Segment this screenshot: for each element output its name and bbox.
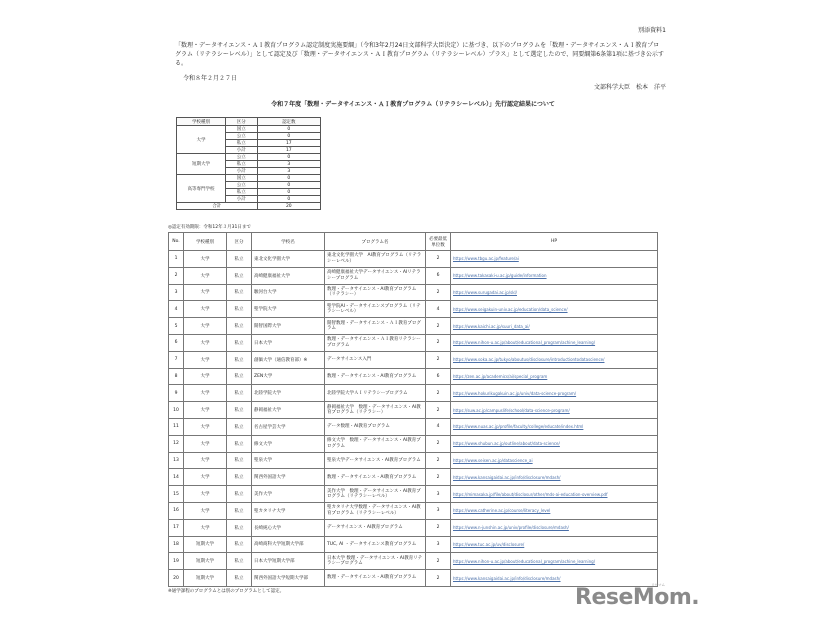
count-cell: 0 — [257, 196, 320, 203]
min-credits: 2 — [426, 452, 451, 469]
row-number: 4 — [169, 301, 184, 318]
min-credits: 2 — [426, 351, 451, 368]
school-name: ZEN大学 — [252, 368, 325, 385]
summary-row: 高等専門学校国立0 — [177, 175, 321, 182]
program-name: 数理・データサイエンス・ＡＩ教育リテラシープログラム — [325, 334, 426, 351]
table-row: 9大学私立北陸学院大学北陸学院大学ＡＩリテラシープログラム2https://ww… — [169, 385, 658, 402]
school-name: 長崎純心大学 — [252, 519, 325, 536]
header-division: 区分 — [227, 233, 252, 251]
total-value: 20 — [257, 203, 320, 210]
table-row: 5大学私立開智国際大学開智数理・データサイエンス・ＡＩ教育プログラム2https… — [169, 318, 658, 335]
hp-link[interactable]: https://www.nuas.ac.jp/profile/faculty/c… — [451, 418, 658, 435]
table-row: 15大学私立美作大学美作大学 数理・データサイエンス・AI教育プログラム（リテラ… — [169, 486, 658, 503]
count-cell: 17 — [257, 147, 320, 154]
school-name: 修文大学 — [252, 435, 325, 452]
hp-link[interactable]: https://www.kaichi.ac.jp/suuri_data_ai/ — [451, 318, 658, 335]
school-name: 東北文化学園大学 — [252, 251, 325, 268]
school-type: 大学 — [184, 351, 227, 368]
school-name: 高崎健康福祉大学 — [252, 267, 325, 284]
table-row: 17大学私立長崎純心大学データサイエンス・AI教育プログラム2https://w… — [169, 519, 658, 536]
table-row: 11大学私立名古屋学芸大学データ数理・AI教育プログラム4https://www… — [169, 418, 658, 435]
table-row: 10大学私立静岡福祉大学静岡福祉大学 数理・データサイエンス・AI教育プログラム… — [169, 402, 658, 419]
school-type: 大学 — [184, 435, 227, 452]
header-program: プログラム名 — [325, 233, 426, 251]
program-name: 日本大学 数理・データサイエンス・AI教育リテラシープログラム — [325, 553, 426, 570]
division-cell: 公立 — [225, 154, 257, 161]
division-cell: 私立 — [225, 161, 257, 168]
program-name: 数理・データサイエンス・AI教育プログラム — [325, 368, 426, 385]
min-credits: 2 — [426, 284, 451, 301]
row-number: 16 — [169, 502, 184, 519]
program-name: 東北文化学園大学 AI教育プログラム（リテラシーレベル） — [325, 251, 426, 268]
program-name: 聖カタリナ大学数理・データサイエンス・AI教育プログラム（リテラシーレベル） — [325, 502, 426, 519]
program-name: 高崎健康福祉大学データサイエンス・AIリテラシープログラム — [325, 267, 426, 284]
table-row: 7大学私立創価大学（通信教育部）※データサイエンス入門2https://www.… — [169, 351, 658, 368]
min-credits: 3 — [426, 536, 451, 553]
division: 私立 — [227, 536, 252, 553]
min-credits: 3 — [426, 486, 451, 503]
division: 私立 — [227, 418, 252, 435]
school-name: 高崎商科大学短期大学部 — [252, 536, 325, 553]
school-name: 聖泉大学 — [252, 452, 325, 469]
division: 私立 — [227, 351, 252, 368]
division: 私立 — [227, 368, 252, 385]
intro-paragraph: 「数理・データサイエンス・ＡＩ教育プログラム認定制度実施要綱」（令和3年2月24… — [175, 41, 665, 68]
hp-link[interactable]: https://www.n-junshin.ac.jp/univ/profile… — [451, 519, 658, 536]
validity-note: ◎認定有効期限：令和12年３月31日まで — [168, 224, 251, 230]
program-name: TUC, AI ・データサイエンス教育プログラム — [325, 536, 426, 553]
count-cell: 0 — [257, 133, 320, 140]
program-name: 美作大学 数理・データサイエンス・AI教育プログラム（リテラシーレベル） — [325, 486, 426, 503]
row-number: 1 — [169, 251, 184, 268]
hp-link[interactable]: https://www.catherine.ac.jp/course/liter… — [451, 502, 658, 519]
division: 私立 — [227, 486, 252, 503]
school-type-cell: 大学 — [177, 126, 226, 154]
school-name: 名古屋学芸大学 — [252, 418, 325, 435]
hp-link[interactable]: https://www.shubun.ac.jp/outline/about/d… — [451, 435, 658, 452]
program-name: データ数理・AI教育プログラム — [325, 418, 426, 435]
table-row: 4大学私立聖学院大学聖学院AI・データサイエンスプログラム（リテラシーレベル）4… — [169, 301, 658, 318]
hp-link[interactable]: https://www.seigakuin-univ.ac.jp/educati… — [451, 301, 658, 318]
school-type: 大学 — [184, 385, 227, 402]
school-type-cell: 高等専門学校 — [177, 175, 226, 203]
min-credits: 2 — [426, 553, 451, 570]
hp-link[interactable]: https://www.surugadai.ac.jp/skl/ — [451, 284, 658, 301]
total-label: 合計 — [177, 203, 258, 210]
school-type: 大学 — [184, 452, 227, 469]
school-name: 聖学院大学 — [252, 301, 325, 318]
row-number: 12 — [169, 435, 184, 452]
school-type: 大学 — [184, 334, 227, 351]
table-row: 14大学私立関西外国語大学数理・データサイエンス・AI教育プログラム2https… — [169, 469, 658, 486]
school-type-cell: 短期大学 — [177, 154, 226, 175]
division-cell: 小計 — [225, 196, 257, 203]
table-row: 12大学私立修文大学修文大学 数理・データサイエンス・AI教育プログラム2htt… — [169, 435, 658, 452]
table-header-row: No. 学校種別 区分 学校名 プログラム名 必要最低単位数 HP — [169, 233, 658, 251]
school-type: 大学 — [184, 318, 227, 335]
min-credits: 4 — [426, 418, 451, 435]
programs-table: No. 学校種別 区分 学校名 プログラム名 必要最低単位数 HP 1大学私立東… — [168, 232, 658, 587]
table-row: 19短期大学私立日本大学短期大学部日本大学 数理・データサイエンス・AI教育リテ… — [169, 553, 658, 570]
program-name: 数理・データサイエンス・AI教育プログラム — [325, 570, 426, 587]
count-cell: 0 — [257, 189, 320, 196]
min-credits: 3 — [426, 502, 451, 519]
resemom-logo-sub: リセマム — [651, 583, 665, 588]
hp-link[interactable]: https://www.kansaigaidai.ac.jp/info/disc… — [451, 469, 658, 486]
row-number: 18 — [169, 536, 184, 553]
division: 私立 — [227, 318, 252, 335]
header-no: No. — [169, 233, 184, 251]
division: 私立 — [227, 402, 252, 419]
program-name: 静岡福祉大学 数理・データサイエンス・AI教育プログラム（リテラシー） — [325, 402, 426, 419]
division-cell: 公立 — [225, 182, 257, 189]
hp-link[interactable]: https://www.seisen.ac.jp/datascience_ai — [451, 452, 658, 469]
school-type: 大学 — [184, 418, 227, 435]
school-name: 関西外国語大学短期大学部 — [252, 570, 325, 587]
division-cell: 私立 — [225, 189, 257, 196]
summary-header-cell: 学校種別 — [177, 118, 226, 126]
division: 私立 — [227, 469, 252, 486]
table-row: 1大学私立東北文化学園大学東北文化学園大学 AI教育プログラム（リテラシーレベル… — [169, 251, 658, 268]
hp-link[interactable]: https://www.kansaigaidai.ac.jp/info/disc… — [451, 570, 658, 587]
program-name: 修文大学 数理・データサイエンス・AI教育プログラム — [325, 435, 426, 452]
division: 私立 — [227, 251, 252, 268]
min-credits: 2 — [426, 334, 451, 351]
summary-header-cell: 認定数 — [257, 118, 320, 126]
school-type: 大学 — [184, 402, 227, 419]
count-cell: 0 — [257, 175, 320, 182]
school-type: 大学 — [184, 486, 227, 503]
table-row: 20短期大学私立関西外国語大学短期大学部数理・データサイエンス・AI教育プログラ… — [169, 570, 658, 587]
min-credits: 4 — [426, 301, 451, 318]
header-school: 学校名 — [252, 233, 325, 251]
count-cell: 0 — [257, 126, 320, 133]
table-row: 3大学私立駿河台大学数理・データサイエンス・AI教育プログラム（リテラシー）2h… — [169, 284, 658, 301]
school-type: 大学 — [184, 519, 227, 536]
school-type: 大学 — [184, 502, 227, 519]
hp-link[interactable]: https://www.takasaki-u.ac.jp/guide/infor… — [451, 267, 658, 284]
division-cell: 公立 — [225, 133, 257, 140]
min-credits: 2 — [426, 385, 451, 402]
program-name: 聖泉大学データサイエンス・AI教育プログラム — [325, 452, 426, 469]
school-type: 大学 — [184, 267, 227, 284]
row-number: 17 — [169, 519, 184, 536]
table-row: 13大学私立聖泉大学聖泉大学データサイエンス・AI教育プログラム2https:/… — [169, 452, 658, 469]
hp-link[interactable]: https://www.soka.ac.jp/tukyo/aboutus/dis… — [451, 351, 658, 368]
min-credits: 6 — [426, 267, 451, 284]
row-number: 2 — [169, 267, 184, 284]
program-name: 数理・データサイエンス・AI教育プログラム（リテラシー） — [325, 284, 426, 301]
row-number: 20 — [169, 570, 184, 587]
hp-link[interactable]: https://www.nihon-u.ac.jp/about/educatio… — [451, 334, 658, 351]
division: 私立 — [227, 267, 252, 284]
min-credits: 6 — [426, 368, 451, 385]
row-number: 15 — [169, 486, 184, 503]
school-type: 大学 — [184, 284, 227, 301]
annex-label: 別添資料1 — [638, 25, 666, 34]
school-name: 創価大学（通信教育部）※ — [252, 351, 325, 368]
division: 私立 — [227, 334, 252, 351]
hp-link[interactable]: https://www.nihon-u.ac.jp/about/educatio… — [451, 553, 658, 570]
program-name: 北陸学院大学ＡＩリテラシープログラム — [325, 385, 426, 402]
row-number: 7 — [169, 351, 184, 368]
table-row: 2大学私立高崎健康福祉大学高崎健康福祉大学データサイエンス・AIリテラシープログ… — [169, 267, 658, 284]
signer: 文部科学大臣 松本 洋平 — [594, 82, 666, 91]
min-credits: 2 — [426, 469, 451, 486]
program-name: データサイエンス入門 — [325, 351, 426, 368]
program-name: 数理・データサイエンス・AI教育プログラム — [325, 469, 426, 486]
row-number: 11 — [169, 418, 184, 435]
school-name: 美作大学 — [252, 486, 325, 503]
issue-date: 令和８年２月２７日 — [183, 73, 237, 82]
school-type: 大学 — [184, 469, 227, 486]
count-cell: 0 — [257, 182, 320, 189]
min-credits: 2 — [426, 570, 451, 587]
school-name: 北陸学院大学 — [252, 385, 325, 402]
count-cell: 3 — [257, 168, 320, 175]
table-row: 18短期大学私立高崎商科大学短期大学部TUC, AI ・データサイエンス教育プロ… — [169, 536, 658, 553]
school-name: 日本大学 — [252, 334, 325, 351]
school-name: 静岡福祉大学 — [252, 402, 325, 419]
table-row: 16大学私立聖カタリナ大学聖カタリナ大学数理・データサイエンス・AI教育プログラ… — [169, 502, 658, 519]
division-cell: 国立 — [225, 126, 257, 133]
row-number: 8 — [169, 368, 184, 385]
row-number: 9 — [169, 385, 184, 402]
division: 私立 — [227, 452, 252, 469]
row-number: 14 — [169, 469, 184, 486]
summary-header-cell: 区分 — [225, 118, 257, 126]
hp-link[interactable]: https://zen.ac.jp/academics/ai/special_p… — [451, 368, 658, 385]
school-name: 日本大学短期大学部 — [252, 553, 325, 570]
hp-link[interactable]: https://suw.ac.jp/campuslife/school/data… — [451, 402, 658, 419]
division: 私立 — [227, 284, 252, 301]
school-type: 大学 — [184, 301, 227, 318]
row-number: 3 — [169, 284, 184, 301]
header-type: 学校種別 — [184, 233, 227, 251]
hp-link[interactable]: https://www.tuc.ac.jp/uv/disclosure/ — [451, 536, 658, 553]
division-cell: 小計 — [225, 147, 257, 154]
division-cell: 小計 — [225, 168, 257, 175]
table-row: 8大学私立ZEN大学数理・データサイエンス・AI教育プログラム6https://… — [169, 368, 658, 385]
hp-link[interactable]: https://www.hokurikugakuin.ac.jp/univ/da… — [451, 385, 658, 402]
hp-link[interactable]: https://www.tbgu.ac.jp/feature/ai — [451, 251, 658, 268]
division: 私立 — [227, 435, 252, 452]
count-cell: 0 — [257, 154, 320, 161]
page-title: 令和７年度「数理・データサイエンス・ＡＩ教育プログラム（リテラシーレベル）」先行… — [160, 99, 666, 108]
program-name: 聖学院AI・データサイエンスプログラム（リテラシーレベル） — [325, 301, 426, 318]
division: 私立 — [227, 301, 252, 318]
school-type: 大学 — [184, 251, 227, 268]
header-credits: 必要最低単位数 — [426, 233, 451, 251]
program-name: データサイエンス・AI教育プログラム — [325, 519, 426, 536]
school-type: 大学 — [184, 368, 227, 385]
school-name: 関西外国語大学 — [252, 469, 325, 486]
summary-header-row: 学校種別区分認定数 — [177, 118, 321, 126]
row-number: 6 — [169, 334, 184, 351]
footnote: ※通学課程のプログラムとは別のプログラムとして認定。 — [168, 588, 284, 594]
division-cell: 私立 — [225, 140, 257, 147]
count-cell: 17 — [257, 140, 320, 147]
summary-total-row: 合計20 — [177, 203, 321, 210]
resemom-logo: ReseMom. — [575, 585, 699, 610]
table-row: 6大学私立日本大学数理・データサイエンス・ＡＩ教育リテラシープログラム2http… — [169, 334, 658, 351]
division-cell: 国立 — [225, 175, 257, 182]
summary-row: 大学国立0 — [177, 126, 321, 133]
school-type: 短期大学 — [184, 536, 227, 553]
row-number: 13 — [169, 452, 184, 469]
hp-link[interactable]: https://mimasaka.jp/file/about/disclosur… — [451, 486, 658, 503]
summary-row: 短期大学公立0 — [177, 154, 321, 161]
min-credits: 2 — [426, 435, 451, 452]
school-type: 短期大学 — [184, 570, 227, 587]
row-number: 10 — [169, 402, 184, 419]
min-credits: 2 — [426, 519, 451, 536]
row-number: 5 — [169, 318, 184, 335]
row-number: 19 — [169, 553, 184, 570]
division: 私立 — [227, 519, 252, 536]
school-name: 駿河台大学 — [252, 284, 325, 301]
school-name: 聖カタリナ大学 — [252, 502, 325, 519]
header-hp: HP — [451, 233, 658, 251]
school-type: 短期大学 — [184, 553, 227, 570]
school-name: 開智国際大学 — [252, 318, 325, 335]
min-credits: 2 — [426, 402, 451, 419]
division: 私立 — [227, 570, 252, 587]
min-credits: 2 — [426, 318, 451, 335]
division: 私立 — [227, 385, 252, 402]
summary-table: 学校種別区分認定数大学国立0公立0私立17小計17短期大学公立0私立3小計3高等… — [176, 117, 321, 210]
program-name: 開智数理・データサイエンス・ＡＩ教育プログラム — [325, 318, 426, 335]
min-credits: 2 — [426, 251, 451, 268]
division: 私立 — [227, 553, 252, 570]
division: 私立 — [227, 502, 252, 519]
count-cell: 3 — [257, 161, 320, 168]
